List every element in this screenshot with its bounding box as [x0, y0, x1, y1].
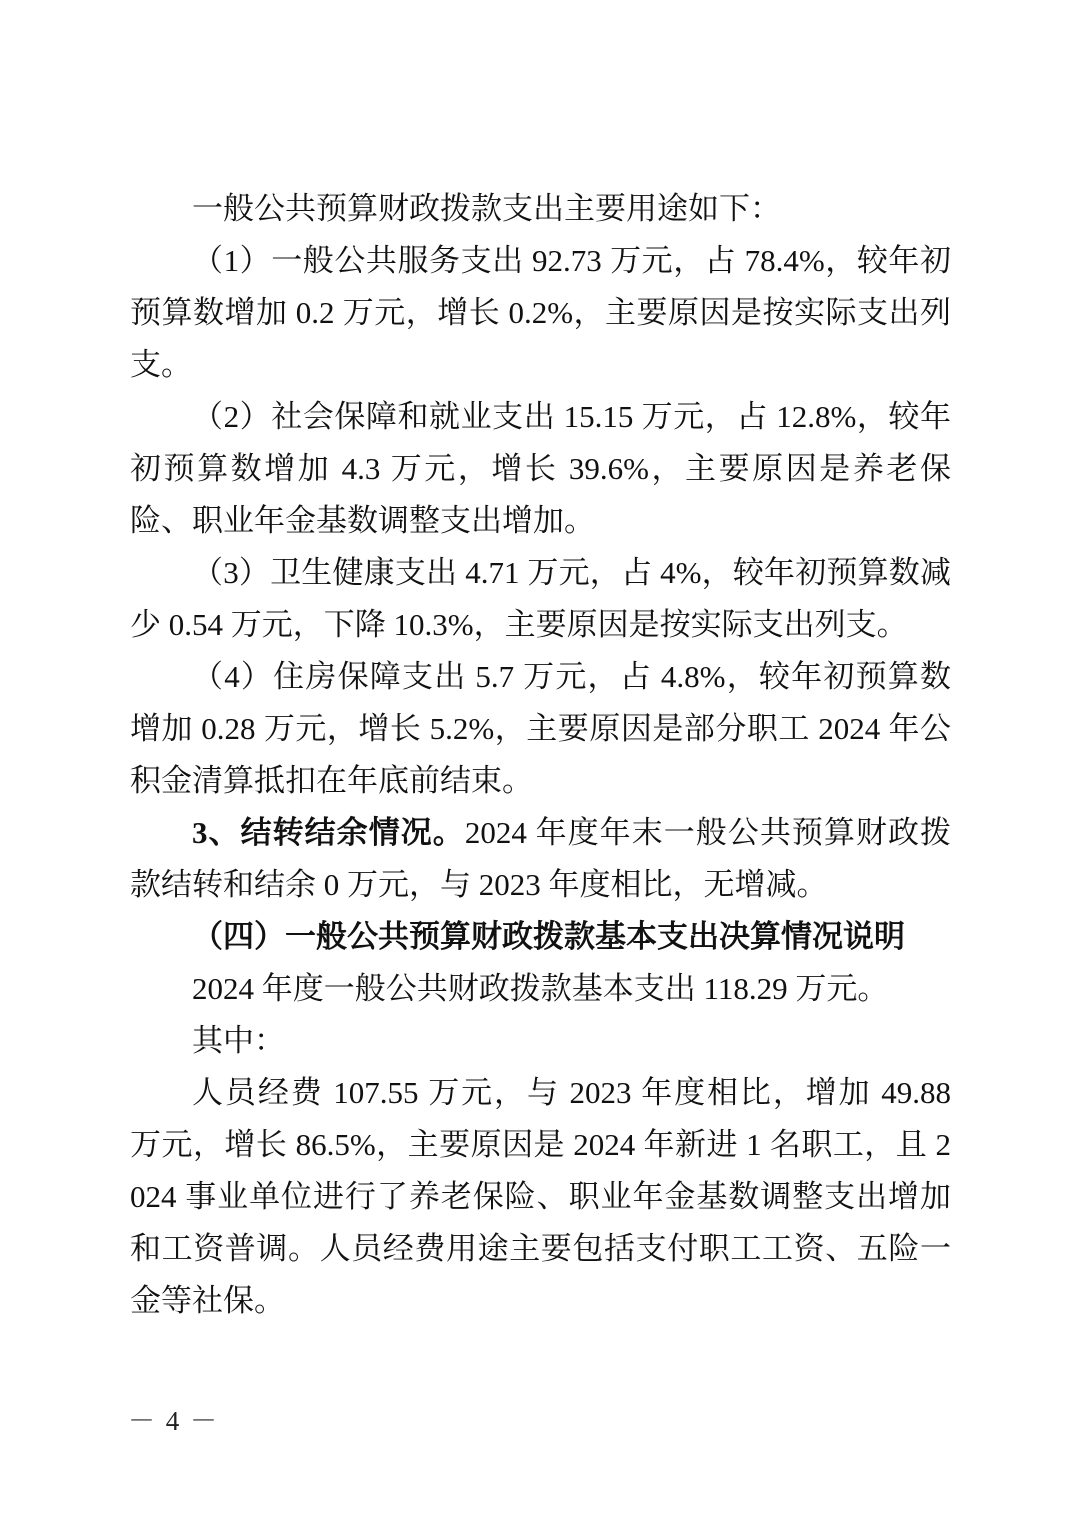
paragraph-carryover-heading: 3、结转结余情况。	[192, 815, 465, 850]
paragraph-basic-expenditure-total: 2024 年度一般公共财政拨款基本支出 118.29 万元。	[130, 963, 951, 1015]
paragraph-among-which-text: 其中：	[192, 1023, 285, 1058]
section-heading-basic-expenditure-bold: （四）一般公共预算财政拨款基本支出决算情况说明	[192, 919, 905, 954]
paragraph-intro-text: 一般公共预算财政拨款支出主要用途如下：	[192, 191, 781, 226]
paragraph-intro: 一般公共预算财政拨款支出主要用途如下：	[130, 183, 951, 235]
paragraph-item-2: （2）社会保障和就业支出 15.15 万元，占 12.8%，较年初预算数增加 4…	[130, 391, 951, 547]
paragraph-among-which: 其中：	[130, 1015, 951, 1067]
paragraph-item-1-text: （1）一般公共服务支出 92.73 万元，占 78.4%，较年初预算数增加 0.…	[130, 243, 951, 382]
paragraph-personnel-expense-text: 人员经费 107.55 万元，与 2023 年度相比，增加 49.88 万元，增…	[130, 1075, 951, 1318]
document-page: 一般公共预算财政拨款支出主要用途如下： （1）一般公共服务支出 92.73 万元…	[0, 0, 1075, 1520]
section-heading-basic-expenditure: （四）一般公共预算财政拨款基本支出决算情况说明	[130, 911, 951, 963]
paragraph-basic-expenditure-total-text: 2024 年度一般公共财政拨款基本支出 118.29 万元。	[192, 971, 888, 1006]
paragraph-item-4-text: （4）住房保障支出 5.7 万元，占 4.8%，较年初预算数增加 0.28 万元…	[130, 659, 951, 798]
paragraph-item-1: （1）一般公共服务支出 92.73 万元，占 78.4%，较年初预算数增加 0.…	[130, 235, 951, 391]
document-body: 一般公共预算财政拨款支出主要用途如下： （1）一般公共服务支出 92.73 万元…	[130, 183, 951, 1327]
page-number: － 4 －	[128, 1399, 219, 1438]
paragraph-item-3: （3）卫生健康支出 4.71 万元，占 4%，较年初预算数减少 0.54 万元，…	[130, 547, 951, 651]
paragraph-item-2-text: （2）社会保障和就业支出 15.15 万元，占 12.8%，较年初预算数增加 4…	[130, 399, 951, 538]
paragraph-item-4: （4）住房保障支出 5.7 万元，占 4.8%，较年初预算数增加 0.28 万元…	[130, 651, 951, 807]
paragraph-personnel-expense: 人员经费 107.55 万元，与 2023 年度相比，增加 49.88 万元，增…	[130, 1067, 951, 1327]
paragraph-carryover: 3、结转结余情况。2024 年度年末一般公共预算财政拨款结转和结余 0 万元，与…	[130, 807, 951, 911]
paragraph-item-3-text: （3）卫生健康支出 4.71 万元，占 4%，较年初预算数减少 0.54 万元，…	[130, 555, 951, 642]
